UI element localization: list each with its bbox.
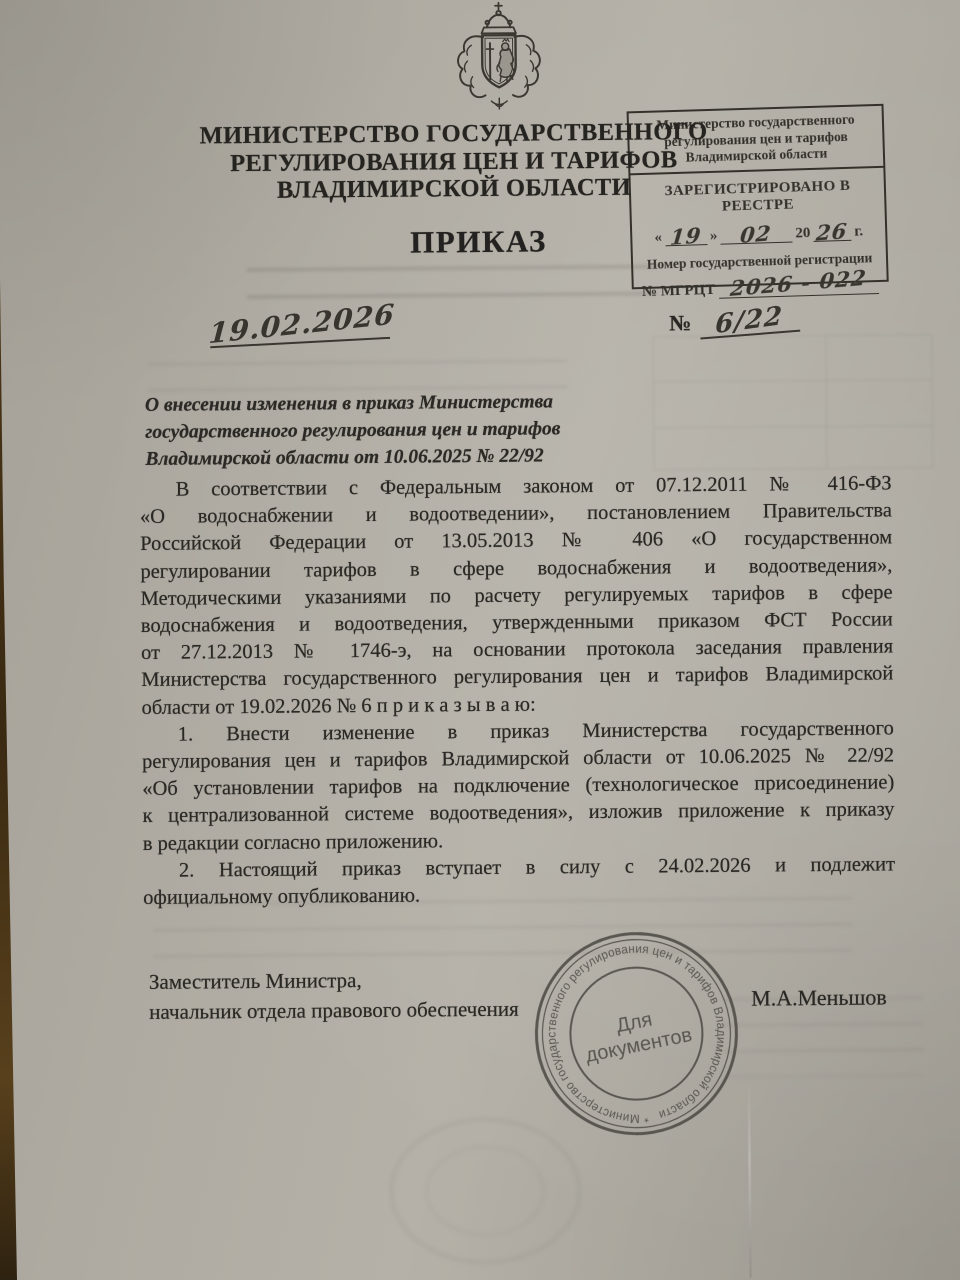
- signature-title: Заместитель Министра, начальник отдела п…: [149, 964, 519, 1027]
- stamp-month-field: 02: [720, 220, 793, 244]
- handwritten-number: 6/22: [715, 301, 784, 340]
- handwritten-day: 19: [669, 222, 703, 250]
- close-quote: »: [710, 227, 718, 244]
- year-suffix: г.: [854, 223, 863, 240]
- coat-of-arms-icon: [441, 0, 556, 118]
- order-item-2: 2. Настоящий приказ вступает в силу с 24…: [143, 851, 895, 912]
- open-quote: «: [654, 229, 662, 246]
- preamble-paragraph: В соответствии с Федеральным законом от …: [140, 470, 894, 721]
- signature-title-line: начальник отдела правового обеспечения: [149, 994, 519, 1027]
- registration-number-field: 2026 - 022: [719, 268, 879, 299]
- number-sign: №: [669, 310, 691, 336]
- signature-name: М.А.Меньшов: [751, 984, 887, 1011]
- document-type-title: ПРИКАЗ: [356, 223, 600, 261]
- handwritten-registration-number: 2026 - 022: [729, 264, 868, 300]
- text-line: официальному опубликованию.: [143, 878, 895, 912]
- stamp-year-field: 26: [813, 218, 852, 241]
- handwritten-year: 26: [815, 218, 849, 246]
- document-subject: О внесении изменения в приказ Министерст…: [145, 388, 616, 474]
- text-line: О внесении изменения в приказ Министерст…: [145, 388, 615, 419]
- signature-title-line: Заместитель Министра,: [149, 964, 519, 997]
- year-prefix: 20: [795, 225, 810, 242]
- handwritten-date: 19.02.2026: [208, 298, 396, 351]
- ministry-heading: МИНИСТЕРСТВО ГОСУДАРСТВЕННОГО РЕГУЛИРОВА…: [103, 117, 804, 206]
- stamp-day-field: 19: [664, 223, 707, 246]
- registration-number-row: № МГРЦТ 2026 - 022: [641, 268, 879, 301]
- bleedthrough-table-ghost: [652, 334, 933, 470]
- order-item-1: 1. Внести изменение в приказ Министерств…: [142, 715, 895, 858]
- document-number-field: № 6/22: [669, 305, 799, 336]
- round-stamp-for-documents: * Министерство государственного регулиро…: [510, 907, 763, 1160]
- registration-number-prefix: № МГРЦТ: [642, 281, 716, 300]
- handwritten-month: 02: [739, 220, 773, 248]
- text-line: Владимирской области от 10.06.2025 № 22/…: [145, 442, 615, 473]
- document-content: МИНИСТЕРСТВО ГОСУДАРСТВЕННОГО РЕГУЛИРОВА…: [0, 0, 960, 1280]
- number-underline: 6/22: [698, 302, 800, 340]
- document-date-field: 19.02.2026: [208, 303, 390, 348]
- stamp-date-row: « 19 » 02 20 26 г.: [640, 218, 878, 247]
- document-body: В соответствии с Федеральным законом от …: [140, 470, 896, 912]
- scanned-document-page: МИНИСТЕРСТВО ГОСУДАРСТВЕННОГО РЕГУЛИРОВА…: [0, 0, 960, 1280]
- text-line: государственного регулирования цен и тар…: [145, 415, 615, 446]
- bleedthrough-text-ghost: [247, 264, 657, 304]
